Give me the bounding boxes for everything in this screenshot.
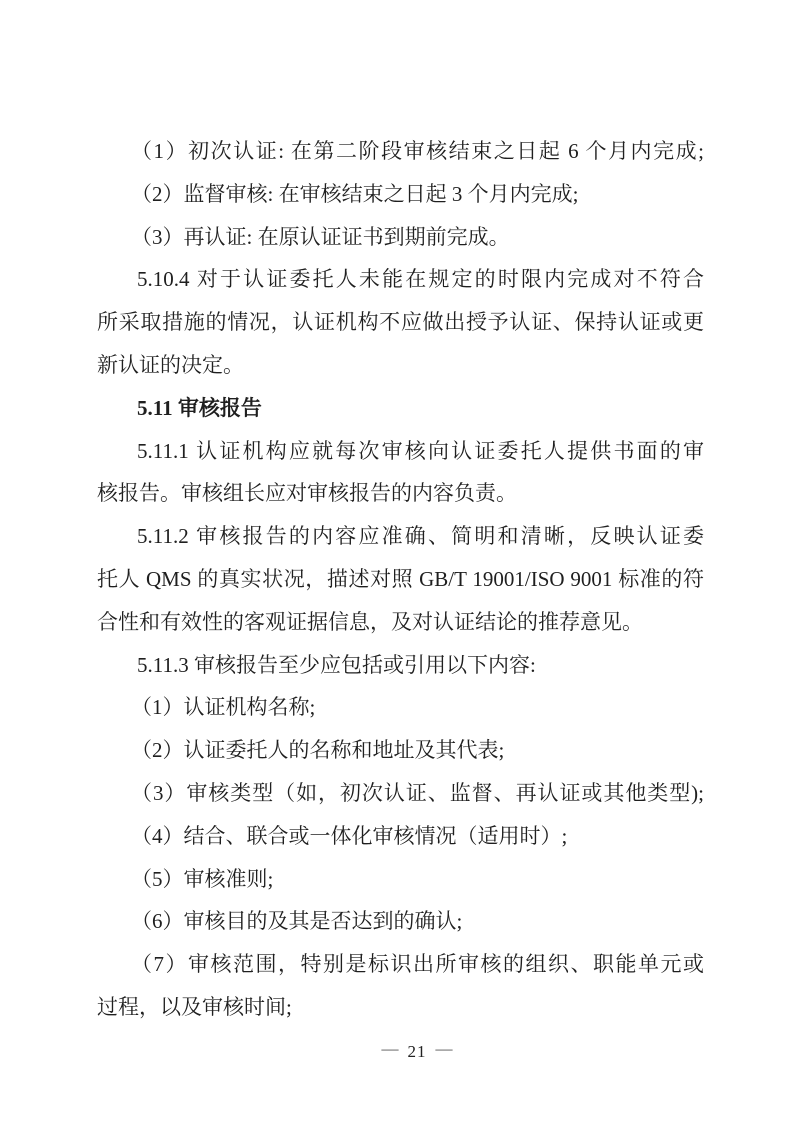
- text-line: （4）结合、联合或一体化审核情况（适用时）;: [97, 815, 704, 858]
- footer-dash-right: —: [436, 1039, 453, 1058]
- text-line: 过程，以及审核时间;: [97, 986, 704, 1029]
- text-line: 托人 QMS 的真实状况，描述对照 GB/T 19001/ISO 9001 标准…: [97, 558, 704, 601]
- text-line: （3）再认证: 在原认证证书到期前完成。: [97, 216, 704, 259]
- paragraph-5-11-3: 5.11.3 审核报告至少应包括或引用以下内容:: [97, 644, 704, 687]
- list-item-surveillance-audit-deadline: （2）监督审核: 在审核结束之日起 3 个月内完成;: [97, 173, 704, 216]
- list-item-audit-scope: （7）审核范围，特别是标识出所审核的组织、职能单元或 过程，以及审核时间;: [97, 943, 704, 1029]
- document-page: （1）初次认证: 在第二阶段审核结束之日起 6 个月内完成; （2）监督审核: …: [0, 0, 800, 1130]
- text-line: （1）认证机构名称;: [97, 686, 704, 729]
- list-item-audit-type: （3）审核类型（如，初次认证、监督、再认证或其他类型);: [97, 772, 704, 815]
- list-item-recertification-deadline: （3）再认证: 在原认证证书到期前完成。: [97, 216, 704, 259]
- section-title: 5.11 审核报告: [97, 387, 704, 430]
- footer-dash-left: —: [382, 1039, 399, 1058]
- text-line: 5.11.2 审核报告的内容应准确、简明和清晰，反映认证委: [97, 515, 704, 558]
- paragraph-5-11-2: 5.11.2 审核报告的内容应准确、简明和清晰，反映认证委 托人 QMS 的真实…: [97, 515, 704, 643]
- text-line: 合性和有效性的客观证据信息，及对认证结论的推荐意见。: [97, 601, 704, 644]
- list-item-combined-integrated-audit: （4）结合、联合或一体化审核情况（适用时）;: [97, 815, 704, 858]
- text-line: （2）监督审核: 在审核结束之日起 3 个月内完成;: [97, 173, 704, 216]
- section-heading-5-11: 5.11 审核报告: [97, 387, 704, 430]
- text-line: （7）审核范围，特别是标识出所审核的组织、职能单元或: [97, 943, 704, 986]
- list-item-client-name-address: （2）认证委托人的名称和地址及其代表;: [97, 729, 704, 772]
- document-body: （1）初次认证: 在第二阶段审核结束之日起 6 个月内完成; （2）监督审核: …: [97, 130, 704, 1029]
- text-line: （2）认证委托人的名称和地址及其代表;: [97, 729, 704, 772]
- list-item-audit-objectives: （6）审核目的及其是否达到的确认;: [97, 900, 704, 943]
- text-line: 5.11.1 认证机构应就每次审核向认证委托人提供书面的审: [97, 430, 704, 473]
- text-line: （5）审核准则;: [97, 858, 704, 901]
- paragraph-5-10-4: 5.10.4 对于认证委托人未能在规定的时限内完成对不符合 所采取措施的情况，认…: [97, 258, 704, 386]
- text-line: 5.10.4 对于认证委托人未能在规定的时限内完成对不符合: [97, 258, 704, 301]
- page-number: 21: [408, 1042, 427, 1061]
- list-item-initial-certification-deadline: （1）初次认证: 在第二阶段审核结束之日起 6 个月内完成;: [97, 130, 704, 173]
- page-footer: —21—: [17, 1030, 800, 1073]
- text-line: （6）审核目的及其是否达到的确认;: [97, 900, 704, 943]
- list-item-certification-body-name: （1）认证机构名称;: [97, 686, 704, 729]
- text-line: 核报告。审核组长应对审核报告的内容负责。: [97, 472, 704, 515]
- paragraph-5-11-1: 5.11.1 认证机构应就每次审核向认证委托人提供书面的审 核报告。审核组长应对…: [97, 430, 704, 516]
- text-line: （3）审核类型（如，初次认证、监督、再认证或其他类型);: [97, 772, 704, 815]
- text-line: 新认证的决定。: [97, 344, 704, 387]
- text-line: 所采取措施的情况，认证机构不应做出授予认证、保持认证或更: [97, 301, 704, 344]
- list-item-audit-criteria: （5）审核准则;: [97, 858, 704, 901]
- text-line: 5.11.3 审核报告至少应包括或引用以下内容:: [97, 644, 704, 687]
- text-line: （1）初次认证: 在第二阶段审核结束之日起 6 个月内完成;: [97, 130, 704, 173]
